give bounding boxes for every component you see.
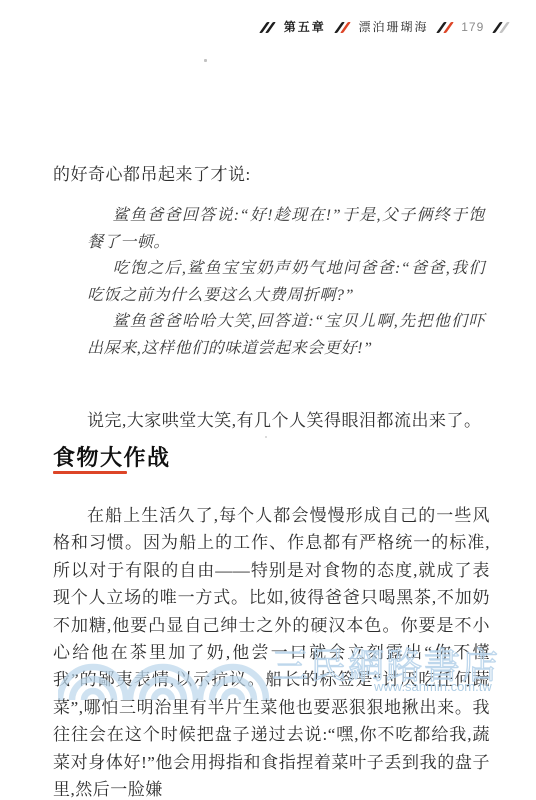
slash-decoration-1 bbox=[261, 22, 274, 33]
dialogue-block: 鲨鱼爸爸回答说:“好!趁现在!”于是,父子俩终于饱餐了一顿。 吃饱之后,鲨鱼宝宝… bbox=[87, 203, 485, 363]
page-number: 179 bbox=[461, 20, 484, 34]
dialogue-paragraph: 吃饱之后,鲨鱼宝宝奶声奶气地问爸爸:“爸爸,我们吃饭之前为什么要这么大费周折啊?… bbox=[87, 256, 485, 309]
scan-speck bbox=[265, 436, 267, 438]
dialogue-paragraph: 鲨鱼爸爸哈哈大笑,回答道:“宝贝儿啊,先把他们吓出屎来,这样他们的味道尝起来会更… bbox=[87, 309, 485, 362]
heading-underline bbox=[53, 471, 127, 474]
chapter-label: 第五章 bbox=[284, 20, 326, 34]
paragraph-intro: 的好奇心都吊起来了才说: bbox=[53, 161, 490, 188]
page-header: 第五章 漂泊珊瑚海 179 bbox=[251, 20, 517, 34]
dialogue-paragraph: 鲨鱼爸爸回答说:“好!趁现在!”于是,父子俩终于饱餐了一顿。 bbox=[87, 203, 485, 256]
chapter-title: 漂泊珊瑚海 bbox=[358, 20, 428, 34]
slash-decoration-4 bbox=[494, 22, 507, 33]
slash-decoration-3 bbox=[438, 22, 451, 33]
paragraph-narration: 说完,大家哄堂大笑,有几个人笑得眼泪都流出来了。 bbox=[53, 407, 490, 434]
slash-decoration-2 bbox=[336, 22, 349, 33]
section-heading: 食物大作战 bbox=[53, 441, 171, 472]
scan-speck bbox=[204, 59, 207, 62]
book-page: 第五章 漂泊珊瑚海 179 的好奇心都吊起来了才说: 鲨鱼爸爸回答说:“好!趁现… bbox=[0, 0, 536, 800]
paragraph-body: 在船上生活久了,每个人都会慢慢形成自己的一些风格和习惯。因为船上的工作、作息都有… bbox=[53, 502, 490, 800]
